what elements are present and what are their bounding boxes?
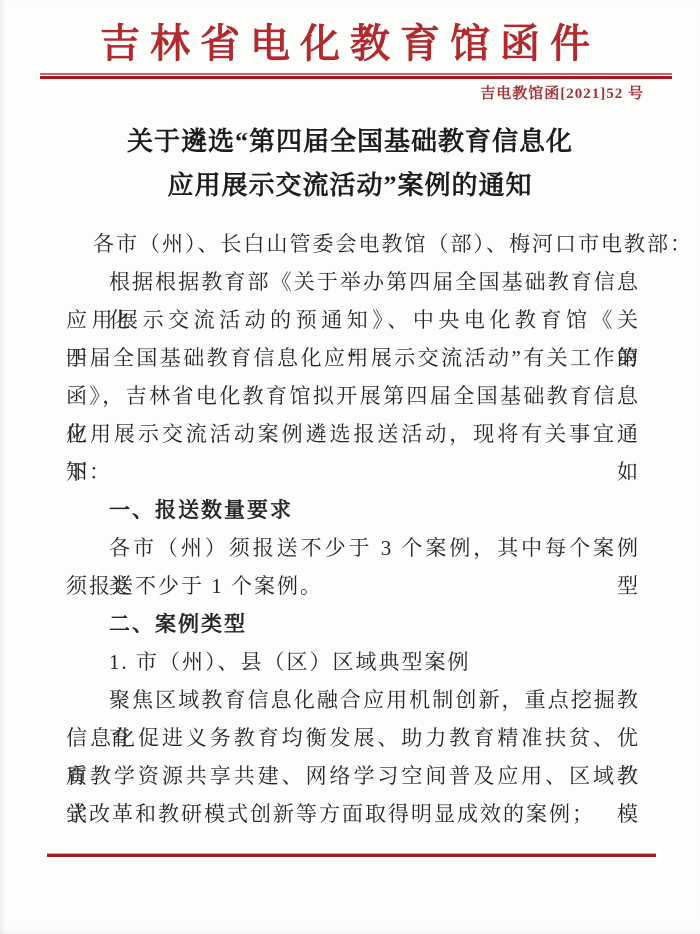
body-line: 四届全国基础教育信息化应用展示交流活动”有关工作的 [66, 339, 640, 377]
document-page: 吉林省电化教育馆函件 吉电教馆函[2021]52 号 关于遴选“第四届全国基础教… [0, 0, 700, 934]
notice-title-line1: 关于遴选“第四届全国基础教育信息化 [0, 120, 700, 164]
footer-rule-thick [47, 854, 656, 857]
body-line: 各市（州）、长白山管委会电教馆（部）、梅河口市电教部： [66, 225, 640, 263]
footer-rule [47, 853, 656, 857]
body-line: 式改革和教研模式创新等方面取得明显成效的案例； [66, 795, 640, 833]
letterhead-title: 吉林省电化教育馆函件 [0, 12, 700, 69]
body-line: 1. 市（州）、县（区）区域典型案例 [66, 643, 640, 681]
section-heading: 二、案例类型 [66, 605, 640, 643]
body-line: 应用展示交流活动的预通知》、中央电化教育馆《关于“第 [66, 301, 640, 339]
section-heading: 一、报送数量要求 [66, 491, 640, 529]
body-line: 信息化促进义务教育均衡发展、助力教育精准扶贫、优质教 [66, 719, 640, 757]
body-line: 各市（州）须报送不少于 3 个案例，其中每个案例类型 [66, 529, 640, 567]
body-line: 根据根据教育部《关于举办第四届全国基础教育信息化 [66, 263, 640, 301]
letterhead-rule-thin [40, 73, 672, 75]
body-line: 育教学资源共享共建、网络学习空间普及应用、区域教学模 [66, 757, 640, 795]
letterhead-rule [40, 73, 672, 79]
notice-title-line2: 应用展示交流活动”案例的通知 [0, 164, 700, 208]
notice-title: 关于遴选“第四届全国基础教育信息化 应用展示交流活动”案例的通知 [0, 120, 700, 208]
body-line: 应用展示交流活动案例遴选报送活动，现将有关事宜通知如 [66, 415, 640, 453]
notice-body: 各市（州）、长白山管委会电教馆（部）、梅河口市电教部：根据根据教育部《关于举办第… [66, 225, 640, 833]
body-line: 聚焦区域教育信息化融合应用机制创新，重点挖掘教育 [66, 681, 640, 719]
letterhead-rule-thick [40, 76, 672, 79]
doc-number: 吉电教馆函[2021]52 号 [480, 82, 644, 103]
body-line: 函》，吉林省电化教育馆拟开展第四届全国基础教育信息化 [66, 377, 640, 415]
